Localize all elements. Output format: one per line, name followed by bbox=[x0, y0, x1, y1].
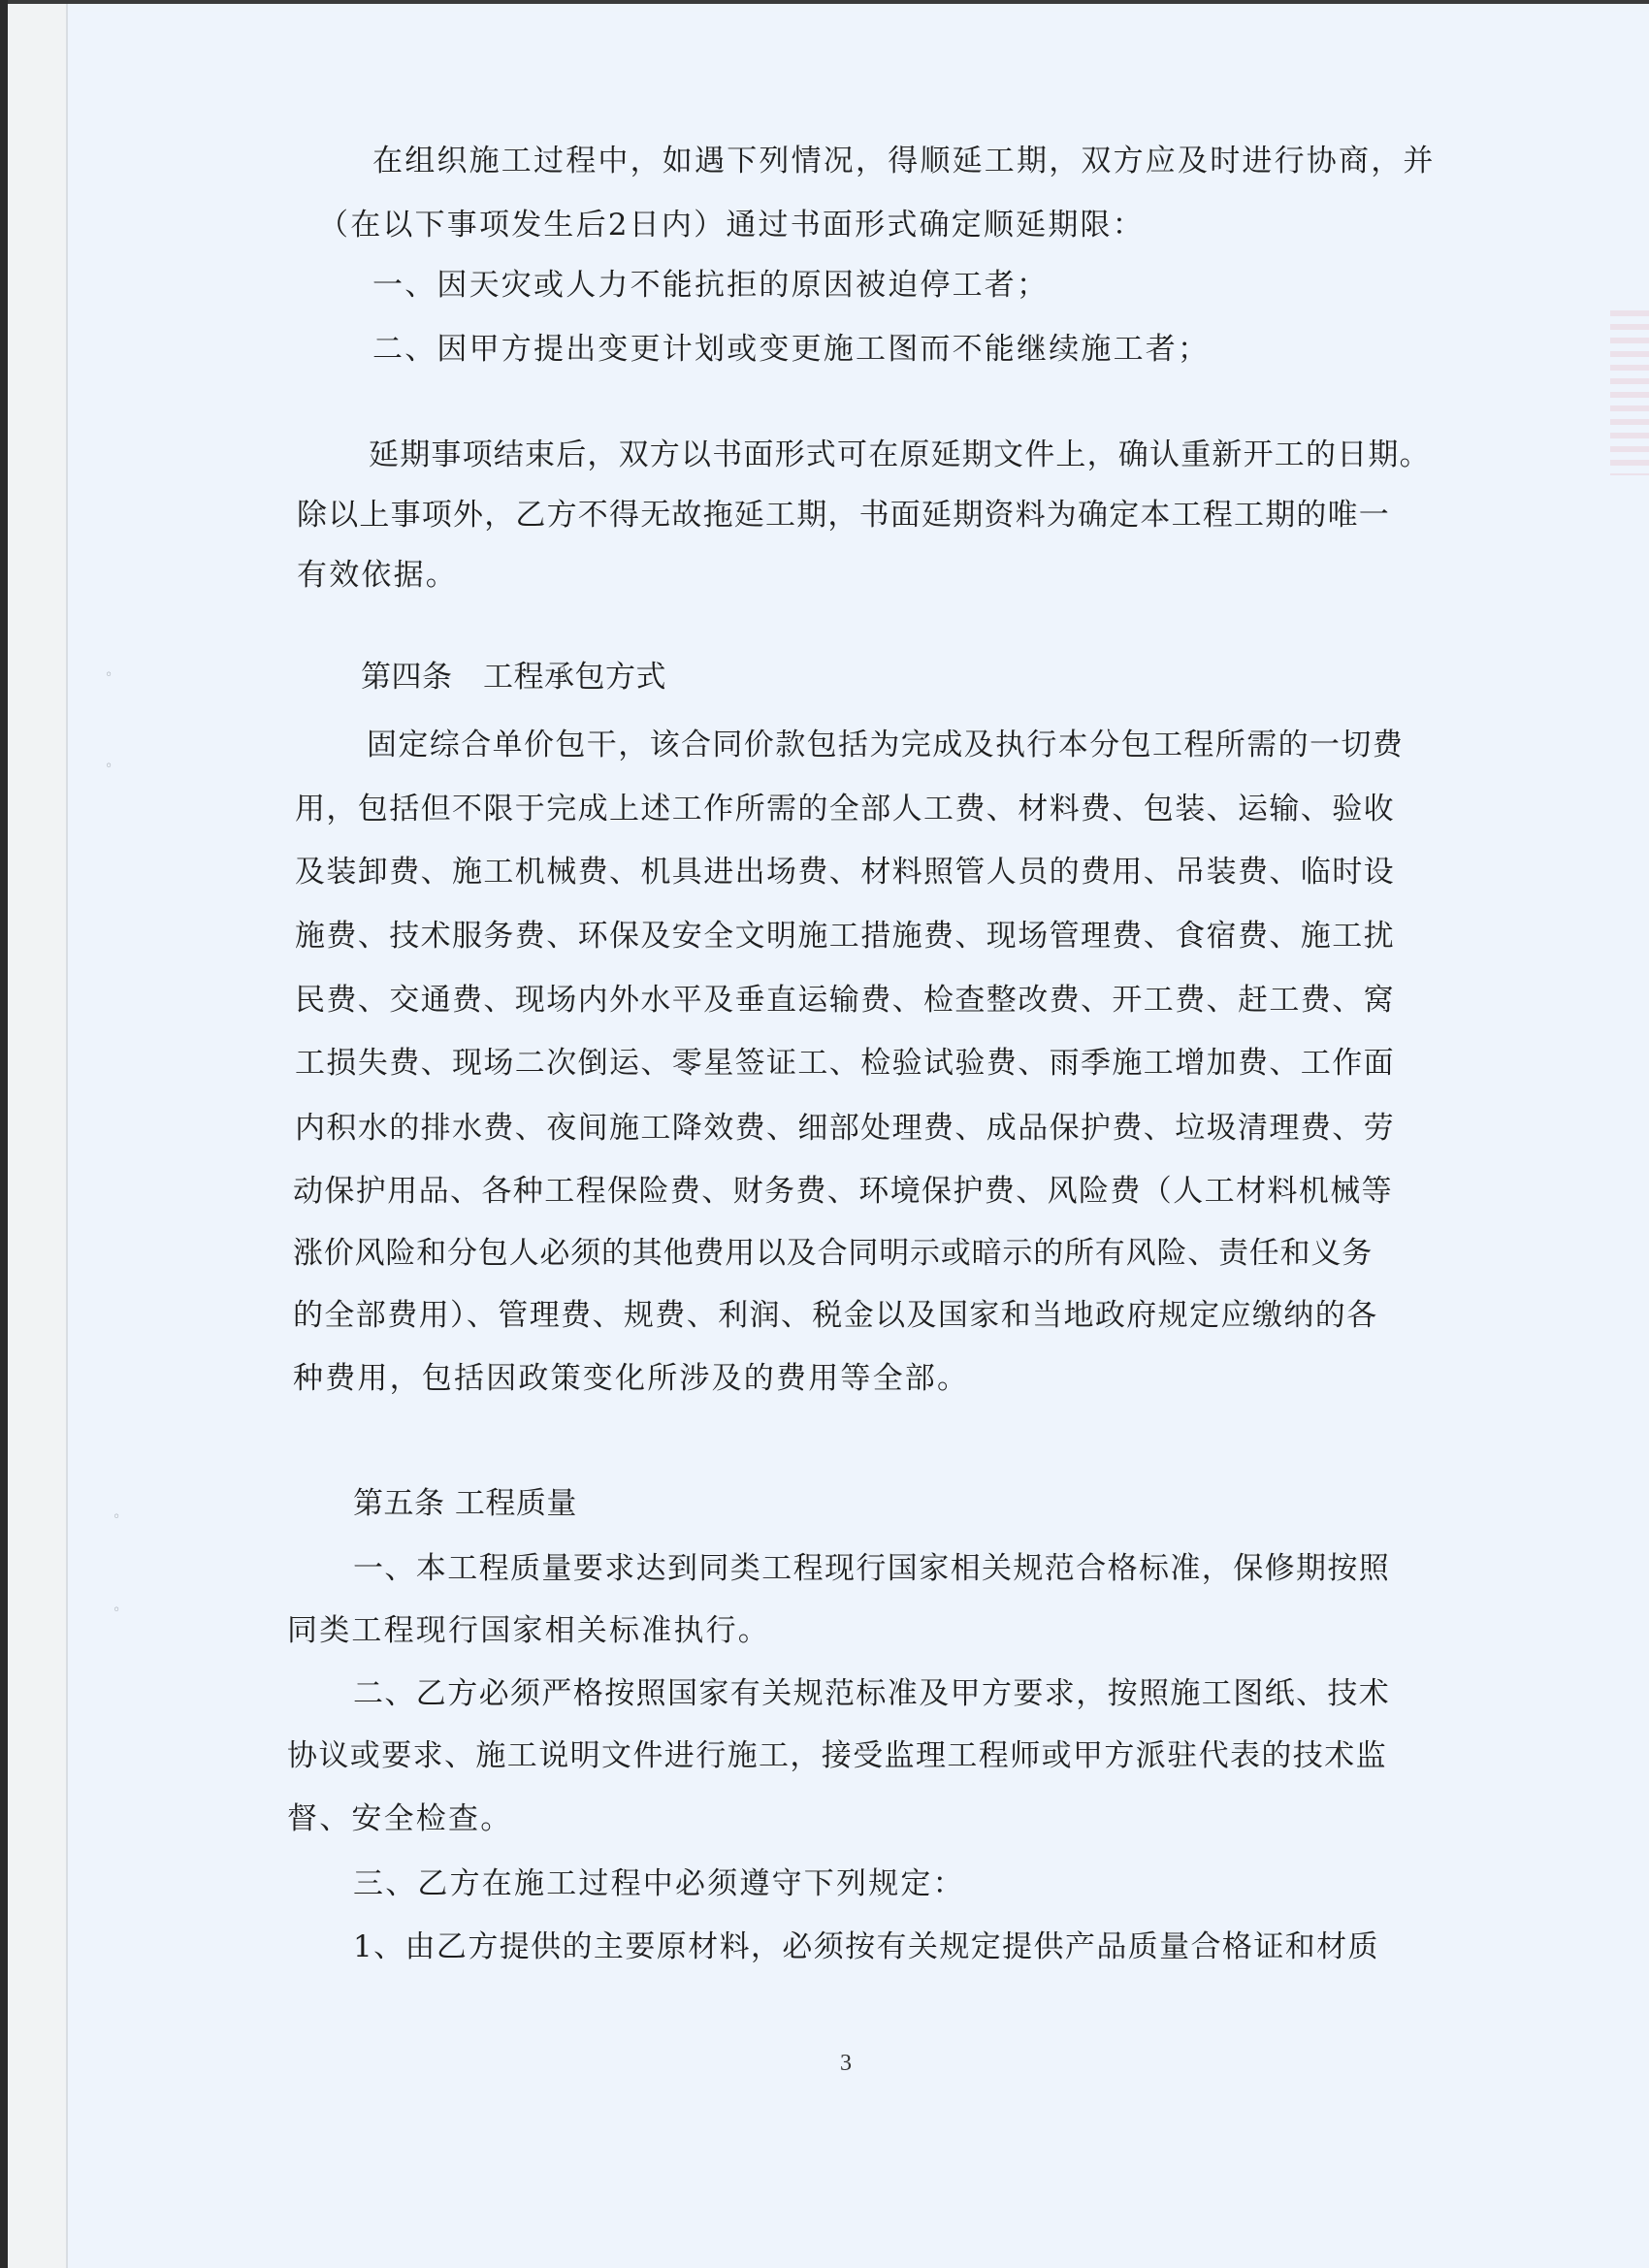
paragraph-line: 在组织施工过程中，如遇下列情况，得顺延工期，双方应及时进行协商，并 bbox=[372, 144, 1436, 178]
paragraph-line: 同类工程现行国家相关标准执行。 bbox=[287, 1613, 770, 1648]
paragraph-line: 三、乙方在施工过程中必须遵守下列规定： bbox=[353, 1866, 965, 1901]
paragraph-line: 涨价风险和分包人必须的其他费用以及合同明示或暗示的所有风险、责任和义务 bbox=[293, 1236, 1373, 1271]
paragraph-line: 延期事项结束后，双方以书面形式可在原延期文件上，确认重新开工的日期。 bbox=[369, 437, 1431, 472]
paragraph-line: 内积水的排水费、夜间施工降效费、细部处理费、成品保护费、垃圾清理费、劳 bbox=[295, 1111, 1395, 1146]
scan-border-left bbox=[0, 0, 8, 2268]
paragraph-line: 种费用，包括因政策变化所涉及的费用等全部。 bbox=[293, 1361, 969, 1396]
list-item: 二、因甲方提出变更计划或变更施工图而不能继续施工者； bbox=[372, 332, 1210, 367]
paper-edge bbox=[8, 4, 68, 2268]
article-heading: 第五条 工程质量 bbox=[353, 1486, 577, 1521]
paragraph-line: 一、本工程质量要求达到同类工程现行国家相关规范合格标准，保修期按照 bbox=[353, 1551, 1390, 1586]
red-seal-fragment bbox=[1610, 310, 1649, 475]
hole-punch-mark: ◦ bbox=[113, 1509, 120, 1525]
paragraph-line: 固定综合单价包干，该合同价款包括为完成及执行本分包工程所需的一切费 bbox=[367, 728, 1404, 762]
paragraph-line: （在以下事项发生后2日内）通过书面形式确定顺延期限： bbox=[318, 208, 1145, 243]
page-number: 3 bbox=[840, 2051, 852, 2077]
paragraph-line: 民费、交通费、现场内外水平及垂直运输费、检查整改费、开工费、赶工费、窝 bbox=[295, 983, 1395, 1018]
paragraph-line: 1、由乙方提供的主要原材料，必须按有关规定提供产品质量合格证和材质 bbox=[353, 1929, 1379, 1964]
hole-punch-mark: ◦ bbox=[105, 667, 113, 683]
hole-punch-mark: ◦ bbox=[105, 759, 113, 774]
paragraph-line: 的全部费用）、管理费、规费、利润、税金以及国家和当地政府规定应缴纳的各 bbox=[293, 1298, 1378, 1333]
paragraph-line: 协议或要求、施工说明文件进行施工，接受监理工程师或甲方派驻代表的技术监 bbox=[287, 1738, 1387, 1773]
paragraph-line: 二、乙方必须严格按照国家有关规范标准及甲方要求，按照施工图纸、技术 bbox=[353, 1676, 1390, 1711]
paragraph-line: 及装卸费、施工机械费、机具进出场费、材料照管人员的费用、吊装费、临时设 bbox=[295, 855, 1395, 890]
paragraph-line: 动保护用品、各种工程保险费、财务费、环境保护费、风险费（人工材料机械等 bbox=[293, 1174, 1393, 1209]
paragraph-line: 除以上事项外，乙方不得无故拖延工期，书面延期资料为确定本工程工期的唯一 bbox=[297, 498, 1390, 533]
hole-punch-mark: ◦ bbox=[113, 1603, 120, 1618]
article-heading: 第四条 工程承包方式 bbox=[361, 660, 666, 695]
scan-border-top bbox=[0, 0, 1649, 4]
paragraph-line: 督、安全检查。 bbox=[287, 1801, 512, 1836]
paragraph-line: 用，包括但不限于完成上述工作所需的全部人工费、材料费、包装、运输、验收 bbox=[295, 792, 1395, 826]
paragraph-line: 施费、技术服务费、环保及安全文明施工措施费、现场管理费、食宿费、施工扰 bbox=[295, 919, 1395, 954]
paragraph-line: 工损失费、现场二次倒运、零星签证工、检验试验费、雨季施工增加费、工作面 bbox=[295, 1046, 1395, 1081]
list-item: 一、因天灾或人力不能抗拒的原因被迫停工者； bbox=[372, 268, 1049, 303]
paragraph-line: 有效依据。 bbox=[297, 558, 458, 593]
